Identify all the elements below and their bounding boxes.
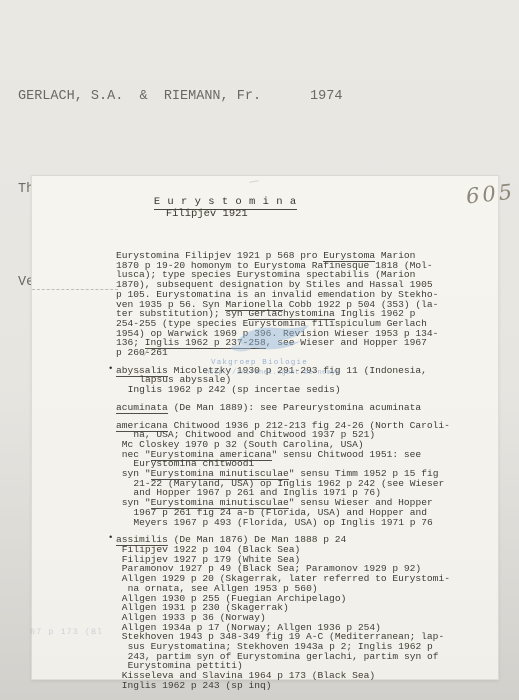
text-line: Inglis 1962 p 242 (sp incertae sedis) <box>116 385 490 395</box>
entry-americana: americana Chitwood 1936 p 212-213 fig 24… <box>116 421 490 528</box>
citation-authors: GERLACH, S.A. & RIEMANN, Fr. <box>18 81 261 112</box>
genus-author: Filipjev 1921 <box>166 208 248 220</box>
text-segment: " sensu Chitwood 1951: see <box>272 449 422 460</box>
entry-assimilis: •assimilis (De Man 1876) De Man 1888 p 2… <box>116 535 490 690</box>
bullet-icon: • <box>108 534 113 544</box>
scanned-document-page: { "colors": { "paper_background": "#e7e5… <box>0 0 519 700</box>
watermark-stamp: Vakgroep Biologie http://intranet.ugent.… <box>205 322 355 384</box>
entry-acuminata: acuminata (De Man 1889): see Pareurystom… <box>116 403 490 413</box>
text-line: Meyers 1967 p 493 (Florida, USA) op Ingl… <box>116 518 490 528</box>
card-crease-line <box>32 289 118 290</box>
bullet-icon: • <box>108 365 113 375</box>
ghost-bleed-text: 07 p 173 (Bl <box>30 627 103 637</box>
card-body: Eurystomina Filipjev 1921 p 568 pro Eury… <box>116 251 490 691</box>
text-segment: Meyers 1967 p 493 (Florida, USA) op Ingl… <box>133 517 432 528</box>
card-content: E u r y s t o m i n a Filipjev 1921 605 … <box>116 184 490 691</box>
scanned-card: E u r y s t o m i n a Filipjev 1921 605 … <box>31 175 499 680</box>
citation-year: 1974 <box>310 81 342 112</box>
text-segment: p 260-261 <box>116 347 168 358</box>
wave-logo-icon <box>229 322 311 354</box>
text-segment: (De Man 1889): see Pareurystomina acumin… <box>168 402 421 413</box>
handwritten-number: 605 <box>465 179 516 208</box>
watermark-organization: Vakgroep Biologie <box>211 359 308 367</box>
citation-author-row: GERLACH, S.A. & RIEMANN, Fr. 1974 <box>18 81 472 112</box>
text-segment: Inglis 1962 p 242 (sp incertae sedis) <box>128 384 341 395</box>
underlined-text: acuminata <box>116 402 168 414</box>
text-line: acuminata (De Man 1889): see Pareurystom… <box>116 403 490 413</box>
card-title: E u r y s t o m i n a Filipjev 1921 605 <box>116 184 490 244</box>
text-line: Inglis 1962 p 243 (sp inq) <box>116 681 490 691</box>
text-segment: Inglis 1962 p 243 (sp inq) <box>122 680 272 691</box>
watermark-url: http://intranet.ugent.be/nemys <box>205 369 340 377</box>
